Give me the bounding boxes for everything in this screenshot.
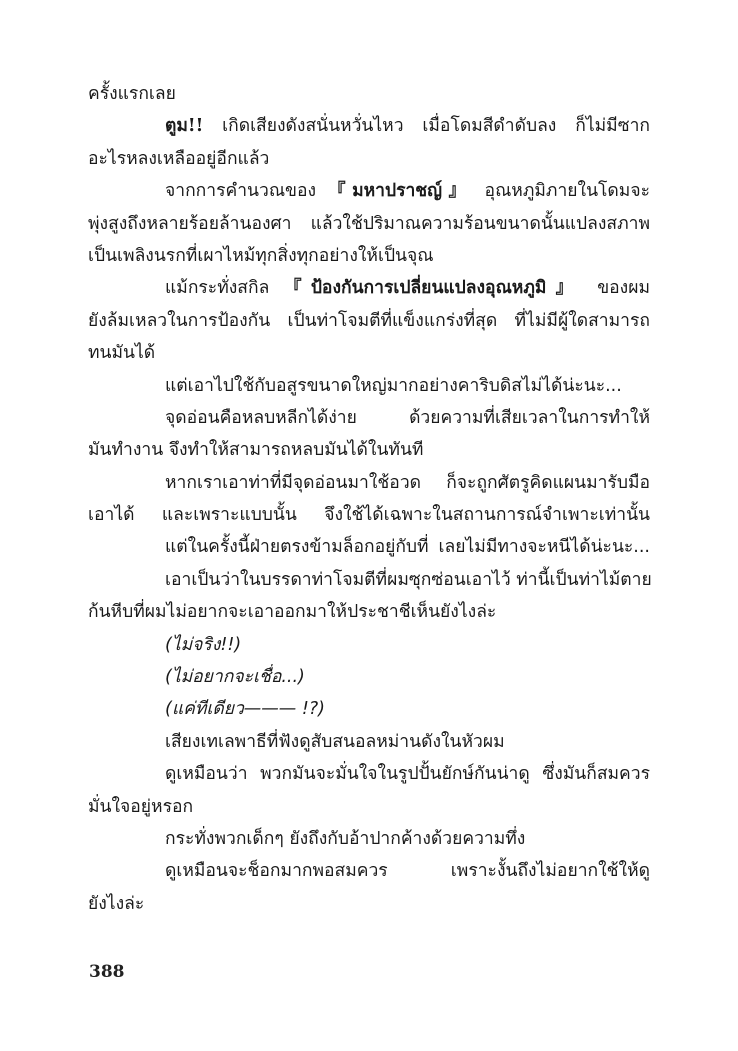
page-body: ครั้งแรกเลย ตูม!! เกิดเสียงดังสนั่นหวั่น… bbox=[88, 78, 650, 920]
text-line: หากเราเอาท่าที่มีจุดอ่อนมาใช้อวด ก็จะถูก… bbox=[88, 467, 650, 499]
telepathy-line: (ไม่อยากจะเชื่อ...) bbox=[88, 661, 650, 693]
text-line: เสียงเทเลพาธีที่ฟังดูสับสนอลหม่านดังในหั… bbox=[88, 726, 650, 758]
text-line: มั่นใจอยู่หรอก bbox=[88, 791, 650, 823]
text-line: ตูม!! เกิดเสียงดังสนั่นหวั่นไหว เมื่อโดม… bbox=[88, 110, 650, 142]
text-line: แต่เอาไปใช้กับอสูรขนาดใหญ่มากอย่างคาริบด… bbox=[88, 370, 650, 402]
text-line: ทนมันได้ bbox=[88, 337, 650, 369]
text-line: พุ่งสูงถึงหลายร้อยล้านองศา แล้วใช้ปริมาณ… bbox=[88, 208, 650, 240]
page-number: 388 bbox=[89, 962, 125, 982]
text-line: เป็นเพลิงนรกที่เผาไหม้ทุกสิ่งทุกอย่างให้… bbox=[88, 240, 650, 272]
text-line: เอาเป็นว่าในบรรดาท่าโจมตีที่ผมซุกซ่อนเอา… bbox=[88, 564, 650, 596]
text-line: ยังไงล่ะ bbox=[88, 888, 650, 920]
text-line: มันทำงาน จึงทำให้สามารถหลบมันได้ในทันที bbox=[88, 434, 650, 466]
text-line: กระทั่งพวกเด็กๆ ยังถึงกับอ้าปากค้างด้วยค… bbox=[88, 823, 650, 855]
text-line: อะไรหลงเหลืออยู่อีกแล้ว bbox=[88, 143, 650, 175]
sound-effect: ตูม!! bbox=[165, 116, 203, 136]
text-line: ก้นหีบที่ผมไม่อยากจะเอาออกมาให้ประชาชีเห… bbox=[88, 596, 650, 628]
text-line: จุดอ่อนคือหลบหลีกได้ง่าย ด้วยความที่เสีย… bbox=[88, 402, 650, 434]
text-line: ดูเหมือนว่า พวกมันจะมั่นใจในรูปปั้นยักษ์… bbox=[88, 758, 650, 790]
text-line: แม้กระทั่งสกิล 『ป้องกันการเปลี่ยนแปลงอุณ… bbox=[88, 272, 650, 304]
text-line: จากการคำนวณของ 『มหาปราชญ์』 อุณหภูมิภายใน… bbox=[88, 175, 650, 207]
skill-name: 『มหาปราชญ์』 bbox=[328, 181, 472, 201]
telepathy-line: (ไม่จริง!!) bbox=[88, 629, 650, 661]
skill-name: 『ป้องกันการเปลี่ยนแปลงอุณหภูมิ』 bbox=[284, 278, 582, 298]
text-line: แต่ในครั้งนี้ฝ่ายตรงข้ามล็อกอยู่กับที่ เ… bbox=[88, 531, 650, 563]
text-line: ยังล้มเหลวในการป้องกัน เป็นท่าโจมตีที่แข… bbox=[88, 305, 650, 337]
text-line: ดูเหมือนจะช็อกมากพอสมควร เพราะงั้นถึงไม่… bbox=[88, 855, 650, 887]
telepathy-line: (แค่ทีเดียว——— !?) bbox=[88, 693, 650, 725]
text-line: เอาได้ และเพราะแบบนั้น จึงใช้ได้เฉพาะในส… bbox=[88, 499, 650, 531]
text-line: ครั้งแรกเลย bbox=[88, 78, 650, 110]
